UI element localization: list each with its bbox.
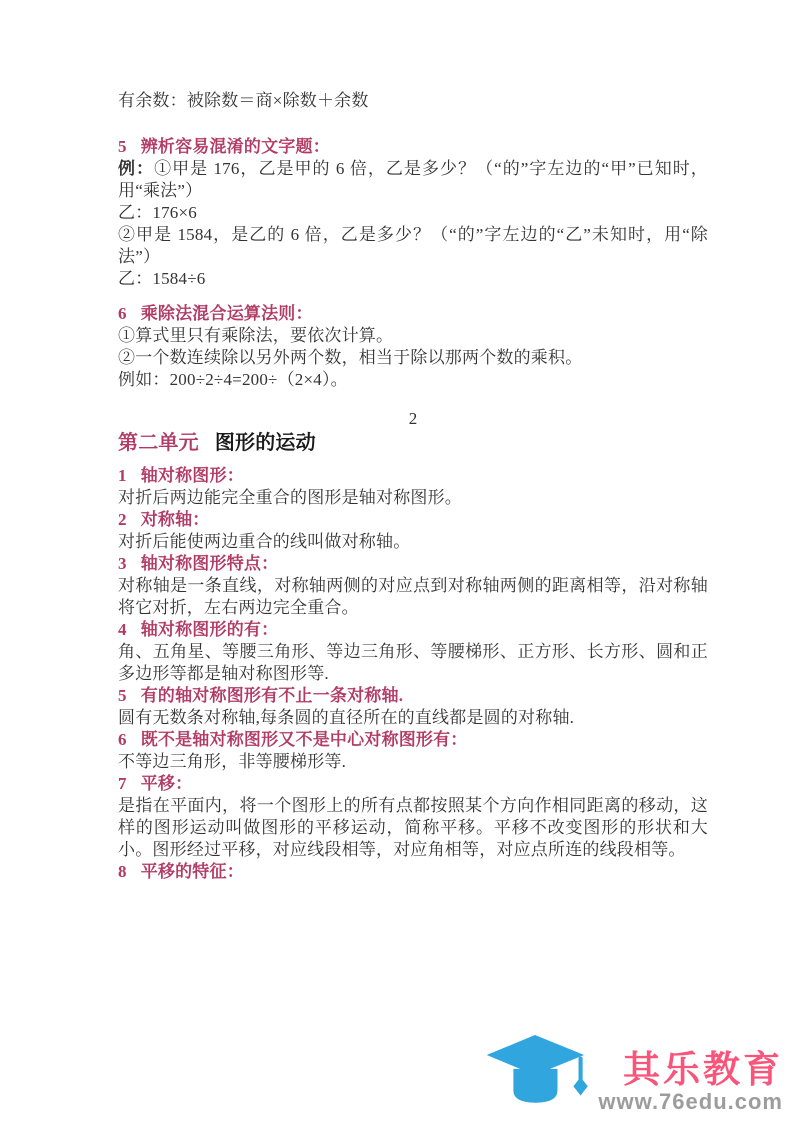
section-number: 7 xyxy=(118,774,127,793)
section-heading: 5有的轴对称图形有不止一条对称轴. xyxy=(118,685,708,707)
section-title: 既不是轴对称图形又不是中心对称图形有： xyxy=(141,730,468,749)
section-body: 是指在平面内，将一个图形上的所有点都按照某个方向作相同距离的移动，这样的图形运动… xyxy=(118,795,708,861)
example-prefix: 例： xyxy=(118,159,154,178)
section-number: 6 xyxy=(118,730,127,749)
example-1-line: 例：①甲是 176，乙是甲的 6 倍，乙是多少？（“的”字左边的“甲”已知时，用… xyxy=(118,158,708,202)
section-body: 对折后能使两边重合的线叫做对称轴。 xyxy=(118,531,708,553)
section-title: 乘除法混合运算法则： xyxy=(141,304,313,323)
section-number: 1 xyxy=(118,466,127,485)
section-heading: 7平移： xyxy=(118,773,708,795)
unit-title: 图形的运动 xyxy=(215,432,316,454)
section-title: 平移： xyxy=(141,774,193,793)
section-title: 平移的特征： xyxy=(141,862,244,881)
section-number: 5 xyxy=(118,686,127,705)
section-6-mixed-operations: 6乘除法混合运算法则： ①算式里只有乘除法，要依次计算。 ②一个数连续除以另外两… xyxy=(118,303,708,391)
section-heading: 2对称轴： xyxy=(118,509,708,531)
unit-section-7: 7平移： 是指在平面内，将一个图形上的所有点都按照某个方向作相同距离的移动，这样… xyxy=(118,773,708,861)
graduation-cap-icon xyxy=(484,1034,592,1114)
formula-remainder-line: 有余数：被除数＝商×除数＋余数 xyxy=(118,90,708,112)
logo-brand-name: 其乐教育 xyxy=(623,1050,783,1090)
logo-text-block: 其乐教育 www.76edu.com xyxy=(598,1050,783,1114)
section-title: 有的轴对称图形有不止一条对称轴. xyxy=(141,686,403,705)
unit-label: 第二单元 xyxy=(118,432,199,454)
section-heading: 6既不是轴对称图形又不是中心对称图形有： xyxy=(118,729,708,751)
section-number: 8 xyxy=(118,862,127,881)
section-title: 轴对称图形： xyxy=(141,466,244,485)
unit-section-5: 5有的轴对称图形有不止一条对称轴. 圆有无数条对称轴,每条圆的直径所在的直线都是… xyxy=(118,685,708,729)
unit-section-1: 1轴对称图形： 对折后两边能完全重合的图形是轴对称图形。 xyxy=(118,465,708,509)
section-heading: 6乘除法混合运算法则： xyxy=(118,303,708,325)
rule-example-line: 例如：200÷2÷4=200÷（2×4）。 xyxy=(118,369,708,391)
logo-website-url: www.76edu.com xyxy=(598,1090,783,1114)
unit-section-4: 4轴对称图形的有： 角、五角星、等腰三角形、等边三角形、等腰梯形、正方形、长方形… xyxy=(118,619,708,685)
unit-section-3: 3轴对称图形特点： 对称轴是一条直线，对称轴两侧的对应点到对称轴两侧的距离相等，… xyxy=(118,553,708,619)
section-heading: 1轴对称图形： xyxy=(118,465,708,487)
section-body: 对折后两边能完全重合的图形是轴对称图形。 xyxy=(118,487,708,509)
section-number: 5 xyxy=(118,137,127,156)
section-title: 轴对称图形的有： xyxy=(141,620,279,639)
section-number: 6 xyxy=(118,304,127,323)
example-1-text: ①甲是 176，乙是甲的 6 倍，乙是多少？（“的”字左边的“甲”已知时，用“乘… xyxy=(118,159,708,200)
section-body: 对称轴是一条直线，对称轴两侧的对应点到对称轴两侧的距离相等，沿对称轴将它对折，左… xyxy=(118,575,708,619)
section-number: 2 xyxy=(118,510,127,529)
section-body: 不等边三角形，非等腰梯形等. xyxy=(118,751,708,773)
section-5-word-problems: 5辨析容易混淆的文字题： 例：①甲是 176，乙是甲的 6 倍，乙是多少？（“的… xyxy=(118,136,708,290)
unit-section-2: 2对称轴： 对折后能使两边重合的线叫做对称轴。 xyxy=(118,509,708,553)
document-content: 有余数：被除数＝商×除数＋余数 5辨析容易混淆的文字题： 例：①甲是 176，乙… xyxy=(118,90,708,883)
unit-2-heading: 第二单元图形的运动 xyxy=(118,430,708,457)
section-heading: 3轴对称图形特点： xyxy=(118,553,708,575)
section-heading: 8平移的特征： xyxy=(118,861,708,883)
rule-2-line: ②一个数连续除以另外两个数，相当于除以那两个数的乘积。 xyxy=(118,347,708,369)
example-2-line: ②甲是 1584，是乙的 6 倍，乙是多少？（“的”字左边的“乙”未知时，用“除… xyxy=(118,224,708,268)
section-heading: 4轴对称图形的有： xyxy=(118,619,708,641)
section-title: 辨析容易混淆的文字题： xyxy=(141,137,330,156)
section-title: 轴对称图形特点： xyxy=(141,554,279,573)
page-number: 2 xyxy=(118,408,708,430)
answer-1-line: 乙：176×6 xyxy=(118,202,708,224)
answer-2-line: 乙：1584÷6 xyxy=(118,268,708,290)
section-body: 圆有无数条对称轴,每条圆的直径所在的直线都是圆的对称轴. xyxy=(118,707,708,729)
unit-section-8: 8平移的特征： xyxy=(118,861,708,883)
unit-section-6: 6既不是轴对称图形又不是中心对称图形有： 不等边三角形，非等腰梯形等. xyxy=(118,729,708,773)
rule-1-line: ①算式里只有乘除法，要依次计算。 xyxy=(118,325,708,347)
section-number: 4 xyxy=(118,620,127,639)
site-watermark-logo: 其乐教育 www.76edu.com xyxy=(484,1034,783,1114)
section-title: 对称轴： xyxy=(141,510,210,529)
section-body: 角、五角星、等腰三角形、等边三角形、等腰梯形、正方形、长方形、圆和正多边形等都是… xyxy=(118,641,708,685)
section-number: 3 xyxy=(118,554,127,573)
section-heading: 5辨析容易混淆的文字题： xyxy=(118,136,708,158)
